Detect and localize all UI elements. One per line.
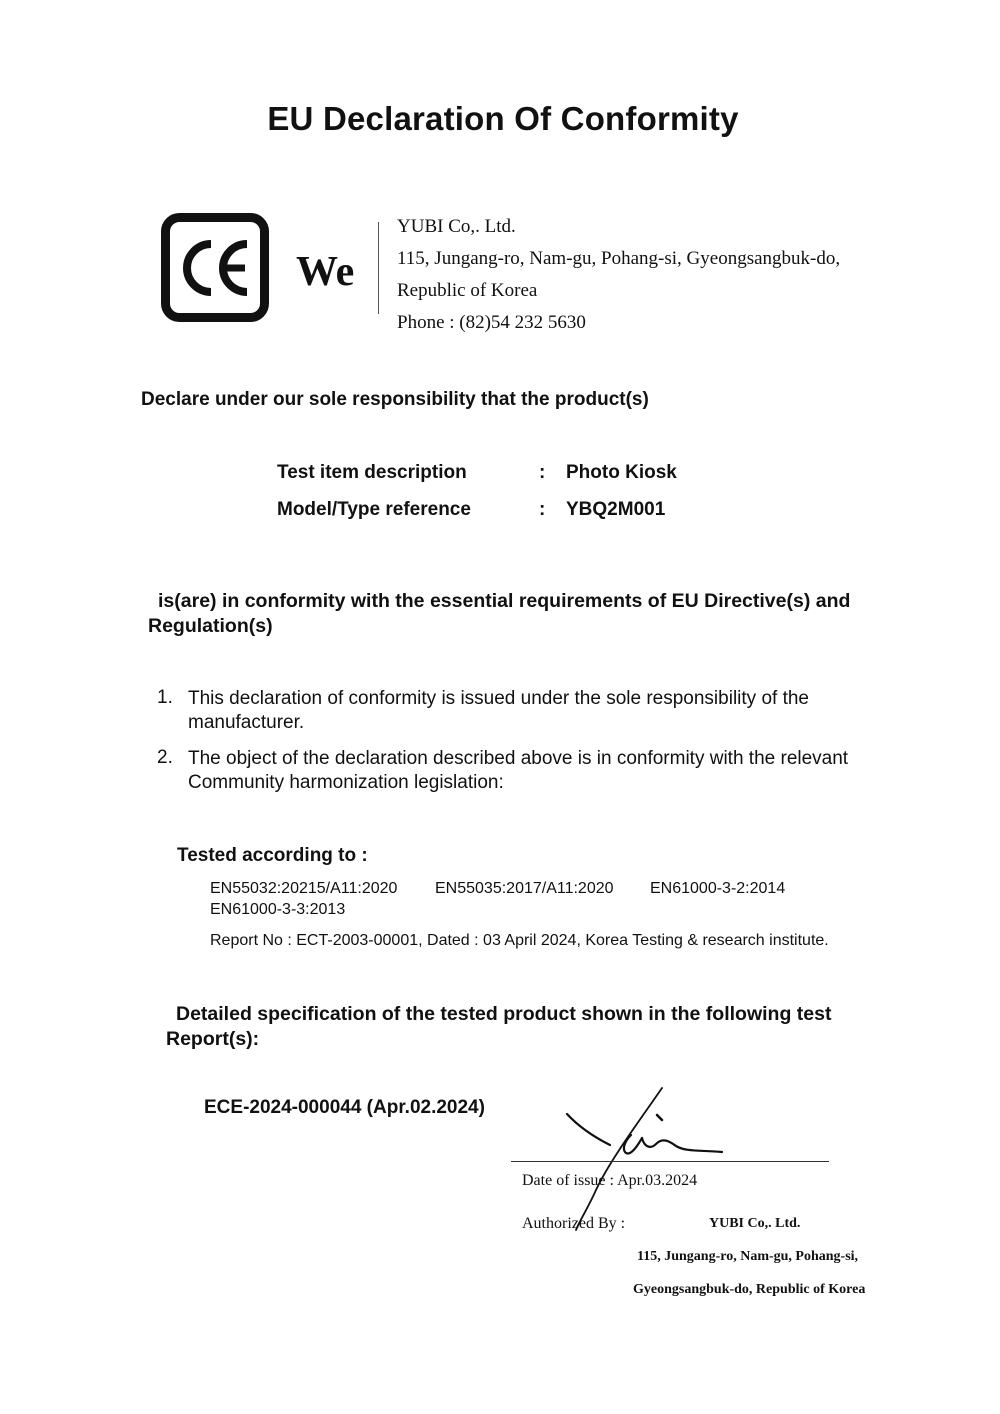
- product-separator: :: [539, 462, 545, 484]
- manufacturer-address-line-2: Republic of Korea: [397, 280, 537, 302]
- test-report-reference: ECE-2024-000044 (Apr.02.2024): [204, 1097, 485, 1119]
- page-title: EU Declaration Of Conformity: [0, 100, 1000, 138]
- product-separator: :: [539, 499, 545, 521]
- standard-item: EN55032:20215/A11:2020: [210, 880, 397, 898]
- list-item-text: This declaration of conformity is issued…: [188, 687, 888, 735]
- authorized-address-line-2: Gyeongsangbuk-do, Republic of Korea: [633, 1282, 865, 1296]
- list-item-number: 2.: [157, 747, 173, 769]
- vertical-divider: [378, 222, 379, 314]
- product-value: Photo Kiosk: [566, 462, 677, 484]
- authorized-by-label: Authorized By :: [522, 1215, 625, 1233]
- date-of-issue: Date of issue : Apr.03.2024: [522, 1172, 697, 1190]
- list-item-number: 1.: [157, 687, 173, 709]
- product-row: Model/Type reference : YBQ2M001: [0, 499, 1000, 525]
- product-label: Model/Type reference: [277, 499, 471, 521]
- ce-mark-icon: [161, 213, 269, 322]
- authorized-company: YUBI Co,. Ltd.: [709, 1216, 800, 1232]
- standard-item: EN61000-3-3:2013: [210, 901, 345, 919]
- product-value: YBQ2M001: [566, 499, 665, 521]
- authorized-address-line-1: 115, Jungang-ro, Nam-gu, Pohang-si,: [637, 1249, 858, 1265]
- detailed-spec-heading: Detailed specification of the tested pro…: [166, 1002, 886, 1052]
- standard-item: EN55035:2017/A11:2020: [435, 880, 614, 898]
- signature-line: [511, 1161, 829, 1162]
- declare-heading: Declare under our sole responsibility th…: [141, 389, 649, 411]
- product-label: Test item description: [277, 462, 467, 484]
- conformity-statement: is(are) in conformity with the essential…: [148, 589, 908, 639]
- manufacturer-address-line-1: 115, Jungang-ro, Nam-gu, Pohang-si, Gyeo…: [397, 248, 840, 270]
- manufacturer-name: YUBI Co,. Ltd.: [397, 216, 516, 238]
- standard-item: EN61000-3-2:2014: [650, 880, 785, 898]
- product-row: Test item description : Photo Kiosk: [0, 462, 1000, 488]
- tested-heading: Tested according to :: [177, 845, 368, 867]
- we-label: We: [296, 248, 354, 296]
- report-number-line: Report No : ECT-2003-00001, Dated : 03 A…: [210, 932, 829, 950]
- manufacturer-phone: Phone : (82)54 232 5630: [397, 312, 586, 334]
- list-item-text: The object of the declaration described …: [188, 747, 888, 795]
